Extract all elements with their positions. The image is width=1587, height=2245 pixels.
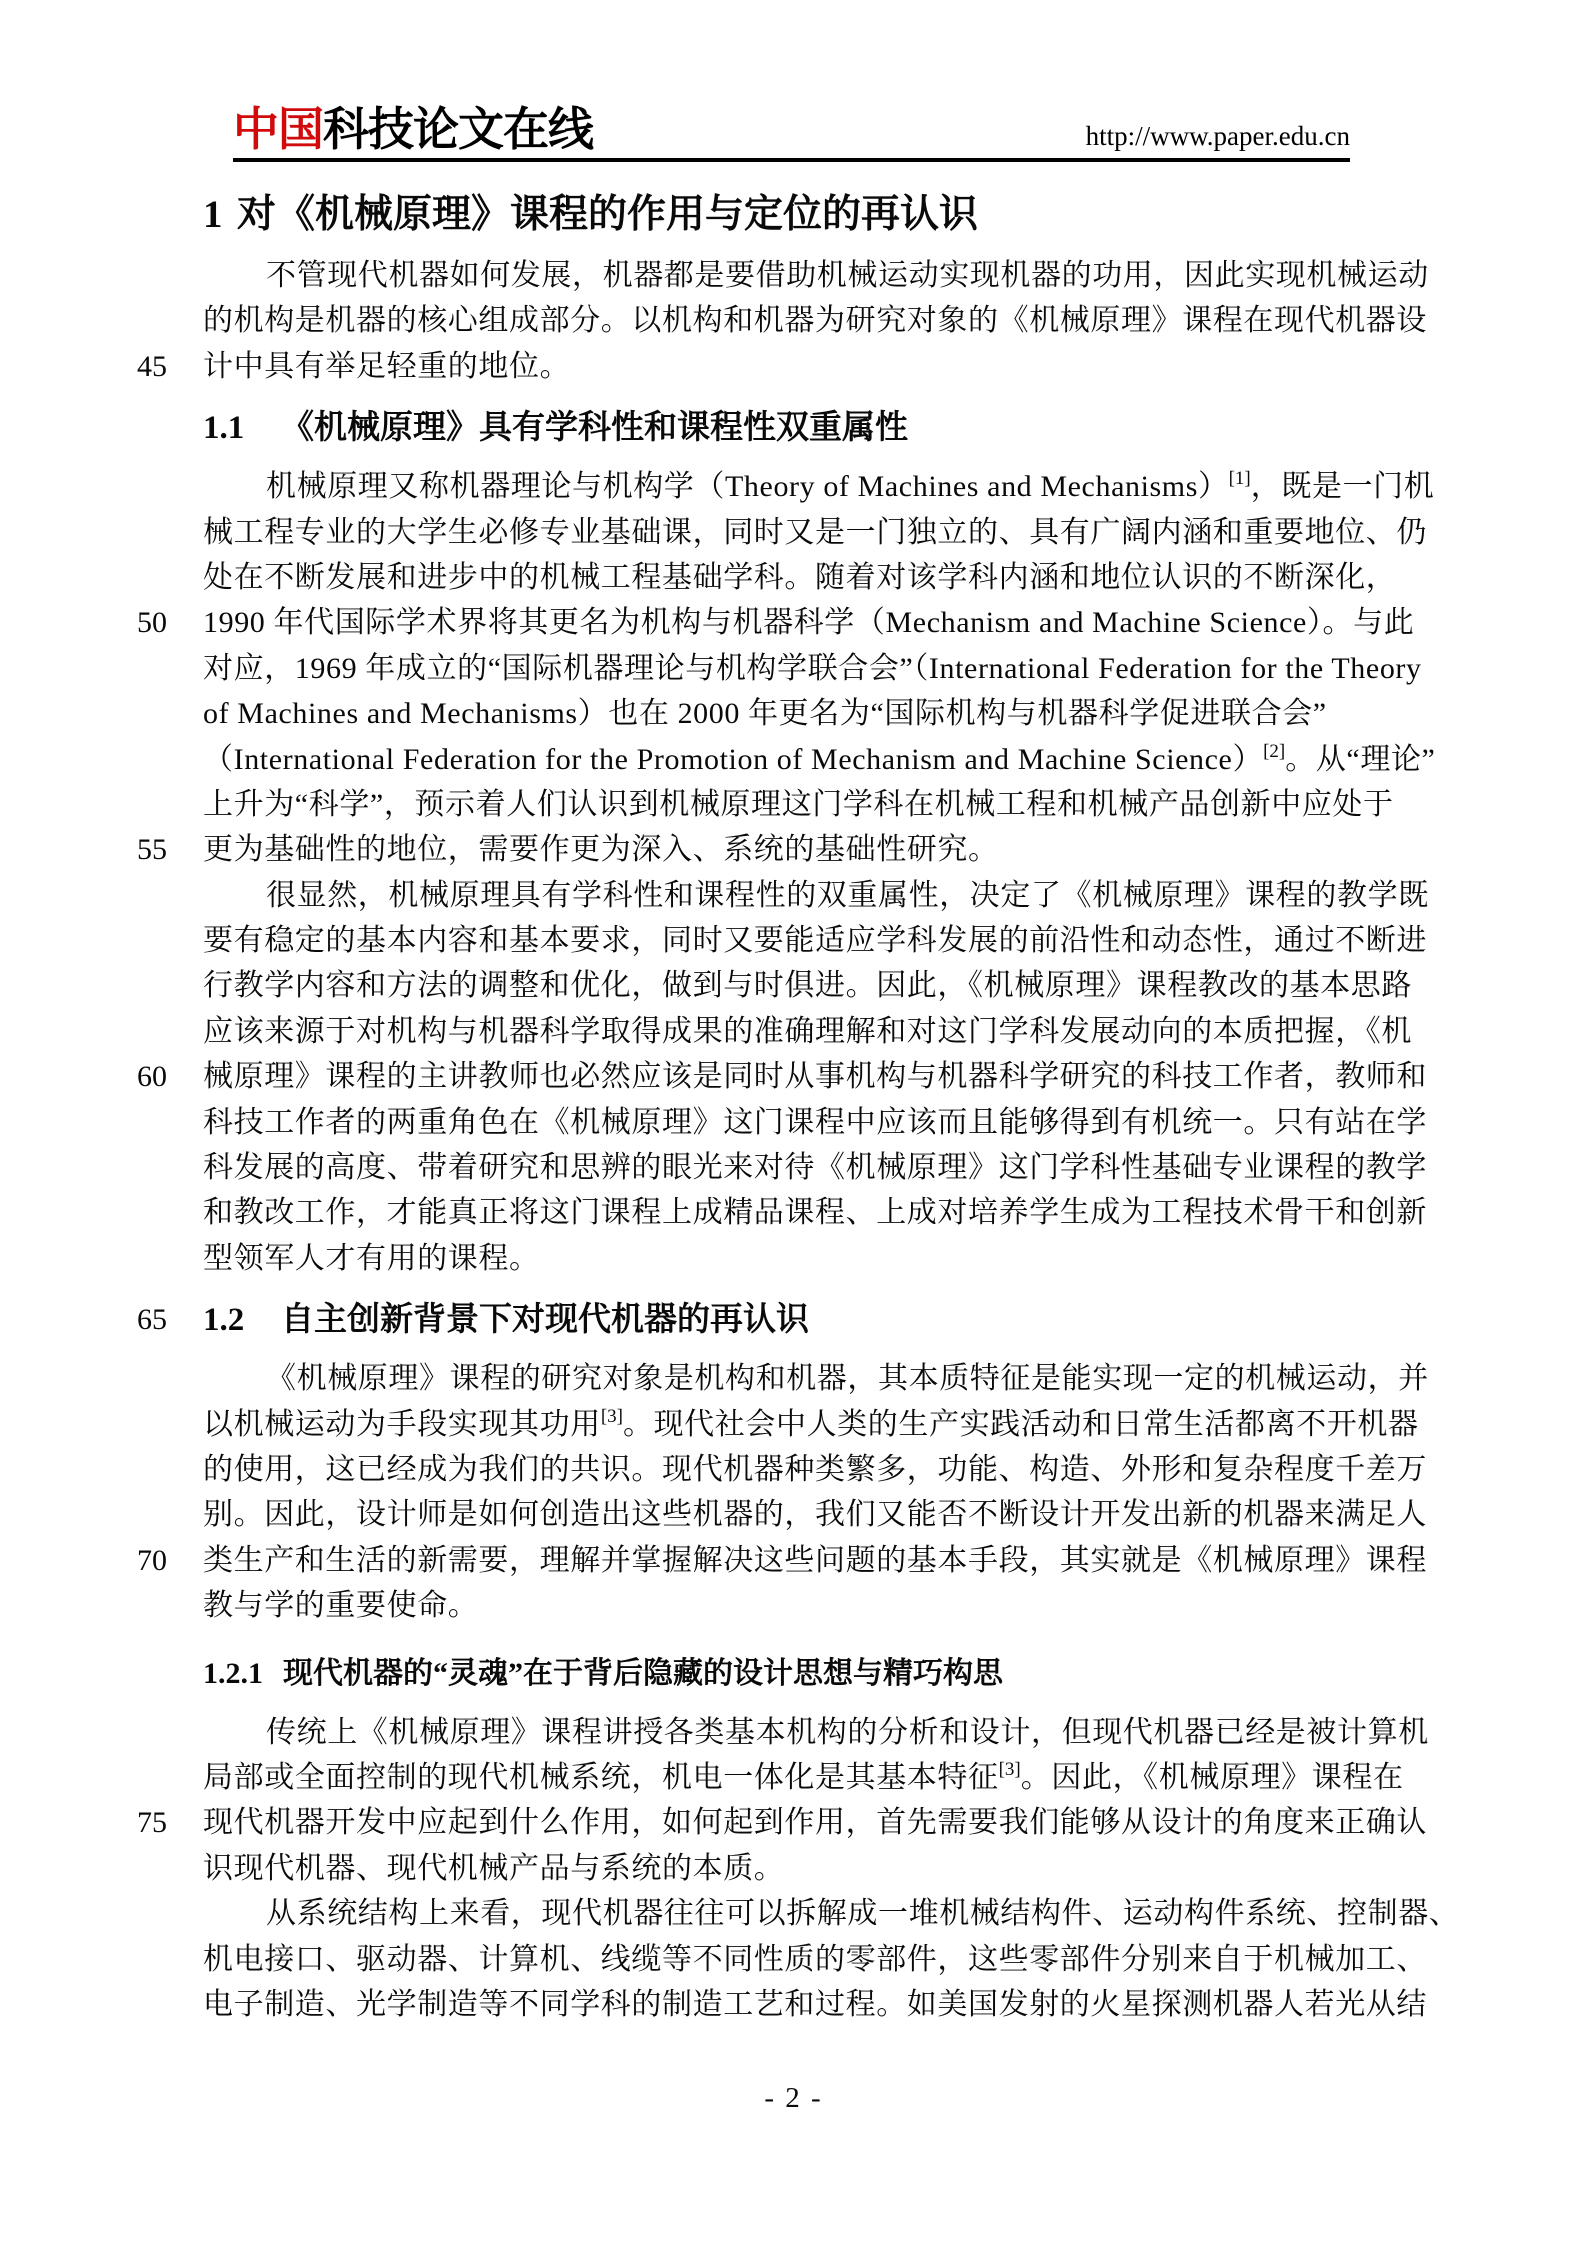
citation-reference: [2] bbox=[1263, 741, 1285, 762]
paper-page: 中国科技论文在线 http://www.paper.edu.cn 1对《机械原理… bbox=[0, 0, 1587, 2245]
site-logo: 中国科技论文在线 bbox=[233, 104, 593, 154]
line-number: 65 bbox=[105, 1297, 167, 1343]
text-line: 不管现代机器如何发展，机器都是要借助机械运动实现机器的功用，因此实现机械运动 bbox=[203, 253, 1433, 298]
text-line: 械工程专业的大学生必修专业基础课，同时又是一门独立的、具有广阔内涵和重要地位、仍 bbox=[203, 510, 1433, 555]
citation-reference: [1] bbox=[1229, 468, 1251, 489]
heading-text: 自主创新背景下对现代机器的再认识 bbox=[281, 1302, 809, 1338]
heading-text: 对《机械原理》课程的作用与定位的再认识 bbox=[237, 193, 978, 236]
text-line: 和教改工作，才能真正将这门课程上成精品课程、上成对培养学生成为工程技术骨干和创新 bbox=[203, 1190, 1433, 1235]
line-number: 45 bbox=[105, 344, 167, 389]
line-number: 75 bbox=[105, 1800, 167, 1845]
text-line: 的使用，这已经成为我们的共识。现代机器种类繁多，功能、构造、外形和复杂程度千差万 bbox=[203, 1447, 1433, 1492]
text-line: of Machines and Mechanisms）也在 2000 年更名为“… bbox=[203, 691, 1433, 736]
text-line: 75现代机器开发中应起到什么作用，如何起到作用，首先需要我们能够从设计的角度来正… bbox=[203, 1800, 1433, 1845]
line-number: 50 bbox=[105, 600, 167, 645]
heading-text: 《机械原理》具有学科性和课程性双重属性 bbox=[281, 410, 908, 446]
text-line: 501990 年代国际学术界将其更名为机构与机器科学（Mechanism and… bbox=[203, 600, 1433, 645]
text-line: 很显然，机械原理具有学科性和课程性的双重属性，决定了《机械原理》课程的教学既 bbox=[203, 873, 1433, 918]
text-line: 传统上《机械原理》课程讲授各类基本机构的分析和设计，但现代机器已经是被计算机 bbox=[203, 1710, 1433, 1755]
text-line: 局部或全面控制的现代机械系统，机电一体化是其基本特征[3]。因此，《机械原理》课… bbox=[203, 1755, 1433, 1800]
text-line: 识现代机器、现代机械产品与系统的本质。 bbox=[203, 1846, 1433, 1891]
page-number: - 2 - bbox=[764, 2082, 822, 2114]
text-line: 对应，1969 年成立的“国际机器理论与机构学联合会”（Internationa… bbox=[203, 646, 1433, 691]
text-line: 处在不断发展和进步中的机械工程基础学科。随着对该学科内涵和地位认识的不断深化， bbox=[203, 555, 1433, 600]
section-heading-1.2: 651.2自主创新背景下对现代机器的再认识 bbox=[203, 1297, 1433, 1343]
text-line: 电子制造、光学制造等不同学科的制造工艺和过程。如美国发射的火星探测机器人若光从结 bbox=[203, 1982, 1433, 2027]
text-line: 《机械原理》课程的研究对象是机构和机器，其本质特征是能实现一定的机械运动，并 bbox=[203, 1356, 1433, 1401]
line-number: 55 bbox=[105, 827, 167, 872]
heading-text: 现代机器的“灵魂”在于背后隐藏的设计思想与精巧构思 bbox=[283, 1657, 1003, 1690]
text-line: 70类生产和生活的新需要，理解并掌握解决这些问题的基本手段，其实就是《机械原理》… bbox=[203, 1538, 1433, 1583]
text-line: （International Federation for the Promot… bbox=[203, 737, 1433, 782]
heading-number: 1 bbox=[203, 190, 237, 240]
section-heading-1: 1对《机械原理》课程的作用与定位的再认识 bbox=[203, 190, 1433, 240]
document-body: 1对《机械原理》课程的作用与定位的再认识不管现代机器如何发展，机器都是要借助机械… bbox=[203, 190, 1433, 2027]
text-line: 机械原理又称机器理论与机构学（Theory of Machines and Me… bbox=[203, 464, 1433, 509]
text-line: 教与学的重要使命。 bbox=[203, 1583, 1433, 1628]
header-divider bbox=[233, 158, 1350, 162]
text-line: 55更为基础性的地位，需要作更为深入、系统的基础性研究。 bbox=[203, 827, 1433, 872]
text-line: 要有稳定的基本内容和基本要求，同时又要能适应学科发展的前沿性和动态性，通过不断进 bbox=[203, 918, 1433, 963]
text-line: 上升为“科学”，预示着人们认识到机械原理这门学科在机械工程和机械产品创新中应处于 bbox=[203, 782, 1433, 827]
page-footer: - 2 - bbox=[0, 2082, 1587, 2115]
text-line: 的机构是机器的核心组成部分。以机构和机器为研究对象的《机械原理》课程在现代机器设 bbox=[203, 298, 1433, 343]
logo-china-text: 中国 bbox=[233, 103, 323, 155]
text-line: 45计中具有举足轻重的地位。 bbox=[203, 344, 1433, 389]
text-line: 科技工作者的两重角色在《机械原理》这门课程中应该而且能够得到有机统一。只有站在学 bbox=[203, 1100, 1433, 1145]
line-number: 60 bbox=[105, 1054, 167, 1099]
site-url: http://www.paper.edu.cn bbox=[1086, 121, 1350, 152]
section-heading-1.1: 1.1《机械原理》具有学科性和课程性双重属性 bbox=[203, 405, 1433, 451]
text-line: 型领军人才有用的课程。 bbox=[203, 1236, 1433, 1281]
citation-reference: [3] bbox=[601, 1406, 623, 1427]
section-heading-1.2.1: 1.2.1现代机器的“灵魂”在于背后隐藏的设计思想与精巧构思 bbox=[203, 1651, 1433, 1696]
text-line: 别。因此，设计师是如何创造出这些机器的，我们又能否不断设计开发出新的机器来满足人 bbox=[203, 1492, 1433, 1537]
heading-number: 1.1 bbox=[203, 405, 281, 451]
heading-number: 1.2 bbox=[203, 1297, 281, 1343]
citation-reference: [3] bbox=[999, 1759, 1021, 1780]
text-line: 60械原理》课程的主讲教师也必然应该是同时从事机构与机器科学研究的科技工作者，教… bbox=[203, 1054, 1433, 1099]
line-number: 70 bbox=[105, 1538, 167, 1583]
logo-suffix-text: 科技论文在线 bbox=[323, 103, 593, 155]
text-line: 以机械运动为手段实现其功用[3]。现代社会中人类的生产实践活动和日常生活都离不开… bbox=[203, 1402, 1433, 1447]
text-line: 科发展的高度、带着研究和思辨的眼光来对待《机械原理》这门学科性基础专业课程的教学 bbox=[203, 1145, 1433, 1190]
heading-number: 1.2.1 bbox=[203, 1651, 283, 1696]
text-line: 应该来源于对机构与机器科学取得成果的准确理解和对这门学科发展动向的本质把握，《机 bbox=[203, 1009, 1433, 1054]
text-line: 行教学内容和方法的调整和优化，做到与时俱进。因此，《机械原理》课程教改的基本思路 bbox=[203, 963, 1433, 1008]
text-line: 机电接口、驱动器、计算机、线缆等不同性质的零部件，这些零部件分别来自于机械加工、 bbox=[203, 1937, 1433, 1982]
text-line: 从系统结构上来看，现代机器往往可以拆解成一堆机械结构件、运动构件系统、控制器、 bbox=[203, 1891, 1433, 1936]
